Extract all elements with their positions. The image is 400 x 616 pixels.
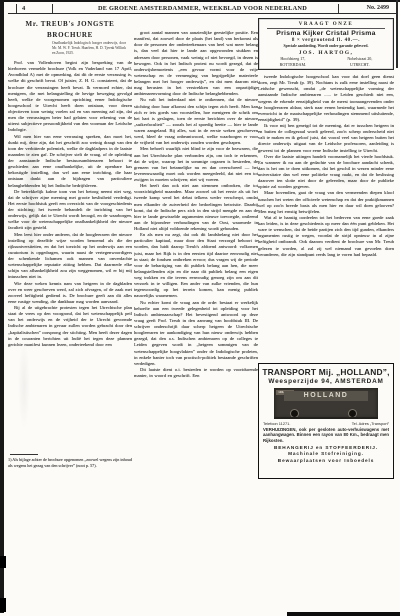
- prisma-binoculars-ad: VRAAGT ONZE Prisma Kijker Cristal Prisma…: [258, 18, 394, 70]
- ad-address-utrecht: Nobelstraat 20, UTRECHT.: [347, 56, 372, 67]
- paragraph: En als men nu zegt, dat ook dit landsbel…: [134, 232, 258, 299]
- paragraph: De betrekkelijk kalme toon van het betoo…: [8, 189, 132, 232]
- ad-offer-line: Speciale aanbieding. Wordt onder garanti…: [265, 44, 387, 49]
- ad-phone: Telefoon 11271.: [263, 421, 290, 426]
- ad-contact-row: Telefoon 11271. Tel. Adres „Transport”: [259, 421, 393, 426]
- paragraph: Nu valt het inderdaad niet te ontkennen,…: [134, 97, 258, 146]
- header-divider-tick: [338, 4, 339, 13]
- paragraph: groot aantal mannen van aanzienlijke gee…: [134, 30, 258, 97]
- paragraph: Dit laatste dient o.i. bestreden te word…: [134, 367, 258, 379]
- truck-side-panel: HOLLAND: [284, 391, 368, 401]
- paragraph: tweede Indologische hoogeschool kan voor…: [258, 74, 394, 123]
- paragraph: Wie deze weken kennis nam van hetgeen in…: [8, 281, 132, 306]
- ad-price-line: 8 × vergrootend fl. 40.—.: [259, 38, 393, 43]
- transport-holland-ad: TRANSPORT Mij. „HOLLAND”, Weesperzijde 9…: [258, 363, 394, 479]
- paragraph: Over die laatste uitingen handelt voorna…: [258, 154, 394, 191]
- moving-truck-illustration: HOLLAND HOLLAND: [274, 388, 378, 419]
- footnote: 1) Als bijlage achter de brochure opgeno…: [8, 457, 132, 468]
- paragraph: Prof. van Vollenhoven begint zijn bespre…: [8, 60, 132, 134]
- paragraph: Men leest hier onder anderen, dat de hoo…: [8, 232, 132, 281]
- footnote-separator: [10, 454, 38, 455]
- ad-header: VRAAGT ONZE: [259, 22, 393, 27]
- paragraph: Ik voor mij ben geneigd tot de meening, …: [258, 123, 394, 154]
- ad-addresses: Hoofdsteeg 17, ROTTERDAM. Nobelstraat 20…: [259, 56, 393, 67]
- page-header: 4 DE GROENE AMSTERDAMMER, WEEKBLAD VOOR …: [8, 4, 397, 14]
- page-edge-top: [0, 0, 400, 2]
- text-column-left: Prof. van Vollenhoven begint zijn bespre…: [8, 60, 132, 452]
- page-edge-bottom-right: [287, 612, 400, 616]
- ad-seller-name: JOS. HARTOG,: [259, 50, 393, 56]
- paragraph: Nu echter komt de vraag aan de orde: bes…: [134, 300, 258, 367]
- ad-company-address: Weesperzijde 94, AMSTERDAM: [259, 378, 393, 385]
- paragraph: Maar bovendien, gaat de vraag van den ve…: [258, 190, 394, 215]
- paragraph: Men behoeft waarlijk niet blind te zijn …: [134, 146, 258, 183]
- page-edge-blemish: [0, 556, 6, 568]
- truck-ground-line: [274, 417, 378, 419]
- page-edge-blemish: [0, 598, 6, 612]
- ad-telegram-address: Tel. Adres „Transport”: [352, 421, 389, 426]
- newspaper-page-scan: 4 DE GROENE AMSTERDAMMER, WEEKBLAD VOOR …: [0, 0, 400, 616]
- ad-product-name: Prisma Kijker Cristal Prisma: [259, 30, 393, 37]
- ad-address-rotterdam: Hoofdsteeg 17, ROTTERDAM.: [280, 56, 307, 67]
- text-column-middle: groot aantal mannen van aanzienlijke gee…: [134, 30, 258, 478]
- ad-rule: [267, 28, 385, 29]
- ad-company-name: TRANSPORT Mij. „HOLLAND”,: [259, 367, 393, 377]
- paragraph: Bij al de uitgebrachte protesten tegen h…: [8, 305, 132, 348]
- paragraph: Wil men hier van eene verrassing spreken…: [8, 134, 132, 189]
- issue-number: No. 2499: [367, 5, 389, 11]
- paragraph: Wat al te haastig oordeelen tot het bede…: [258, 215, 394, 258]
- article-title: Mr. TREUB's JONGSTE BROCHURE: [8, 19, 132, 40]
- text-column-right: tweede Indologische hoogeschool kan voor…: [258, 74, 394, 359]
- page-edge-left: [0, 0, 4, 613]
- truck-label: HOLLAND: [284, 391, 368, 401]
- article-title-line2: BROCHURE: [8, 30, 132, 41]
- ad-service-line-2: Machinale Stofreiniging.: [259, 451, 393, 456]
- ad-services-text: VERHUIZINGEN, ook per gesloten auto-verh…: [263, 427, 389, 444]
- ad-service-line-3: Bewaarplaatsen voor Inboedels: [259, 458, 393, 463]
- paragraph: Het heeft dan ook niet aan stemmen ontbr…: [134, 183, 258, 232]
- article-bibliographic-note: Onafhankelijk Indologisch hooger onderwi…: [52, 41, 126, 56]
- header-rule: [8, 13, 397, 14]
- ad-service-line-1: BEHANGERIJ en STOFFEERDERIJ.: [259, 445, 393, 450]
- article-title-line1: Mr. TREUB's JONGSTE: [8, 19, 132, 30]
